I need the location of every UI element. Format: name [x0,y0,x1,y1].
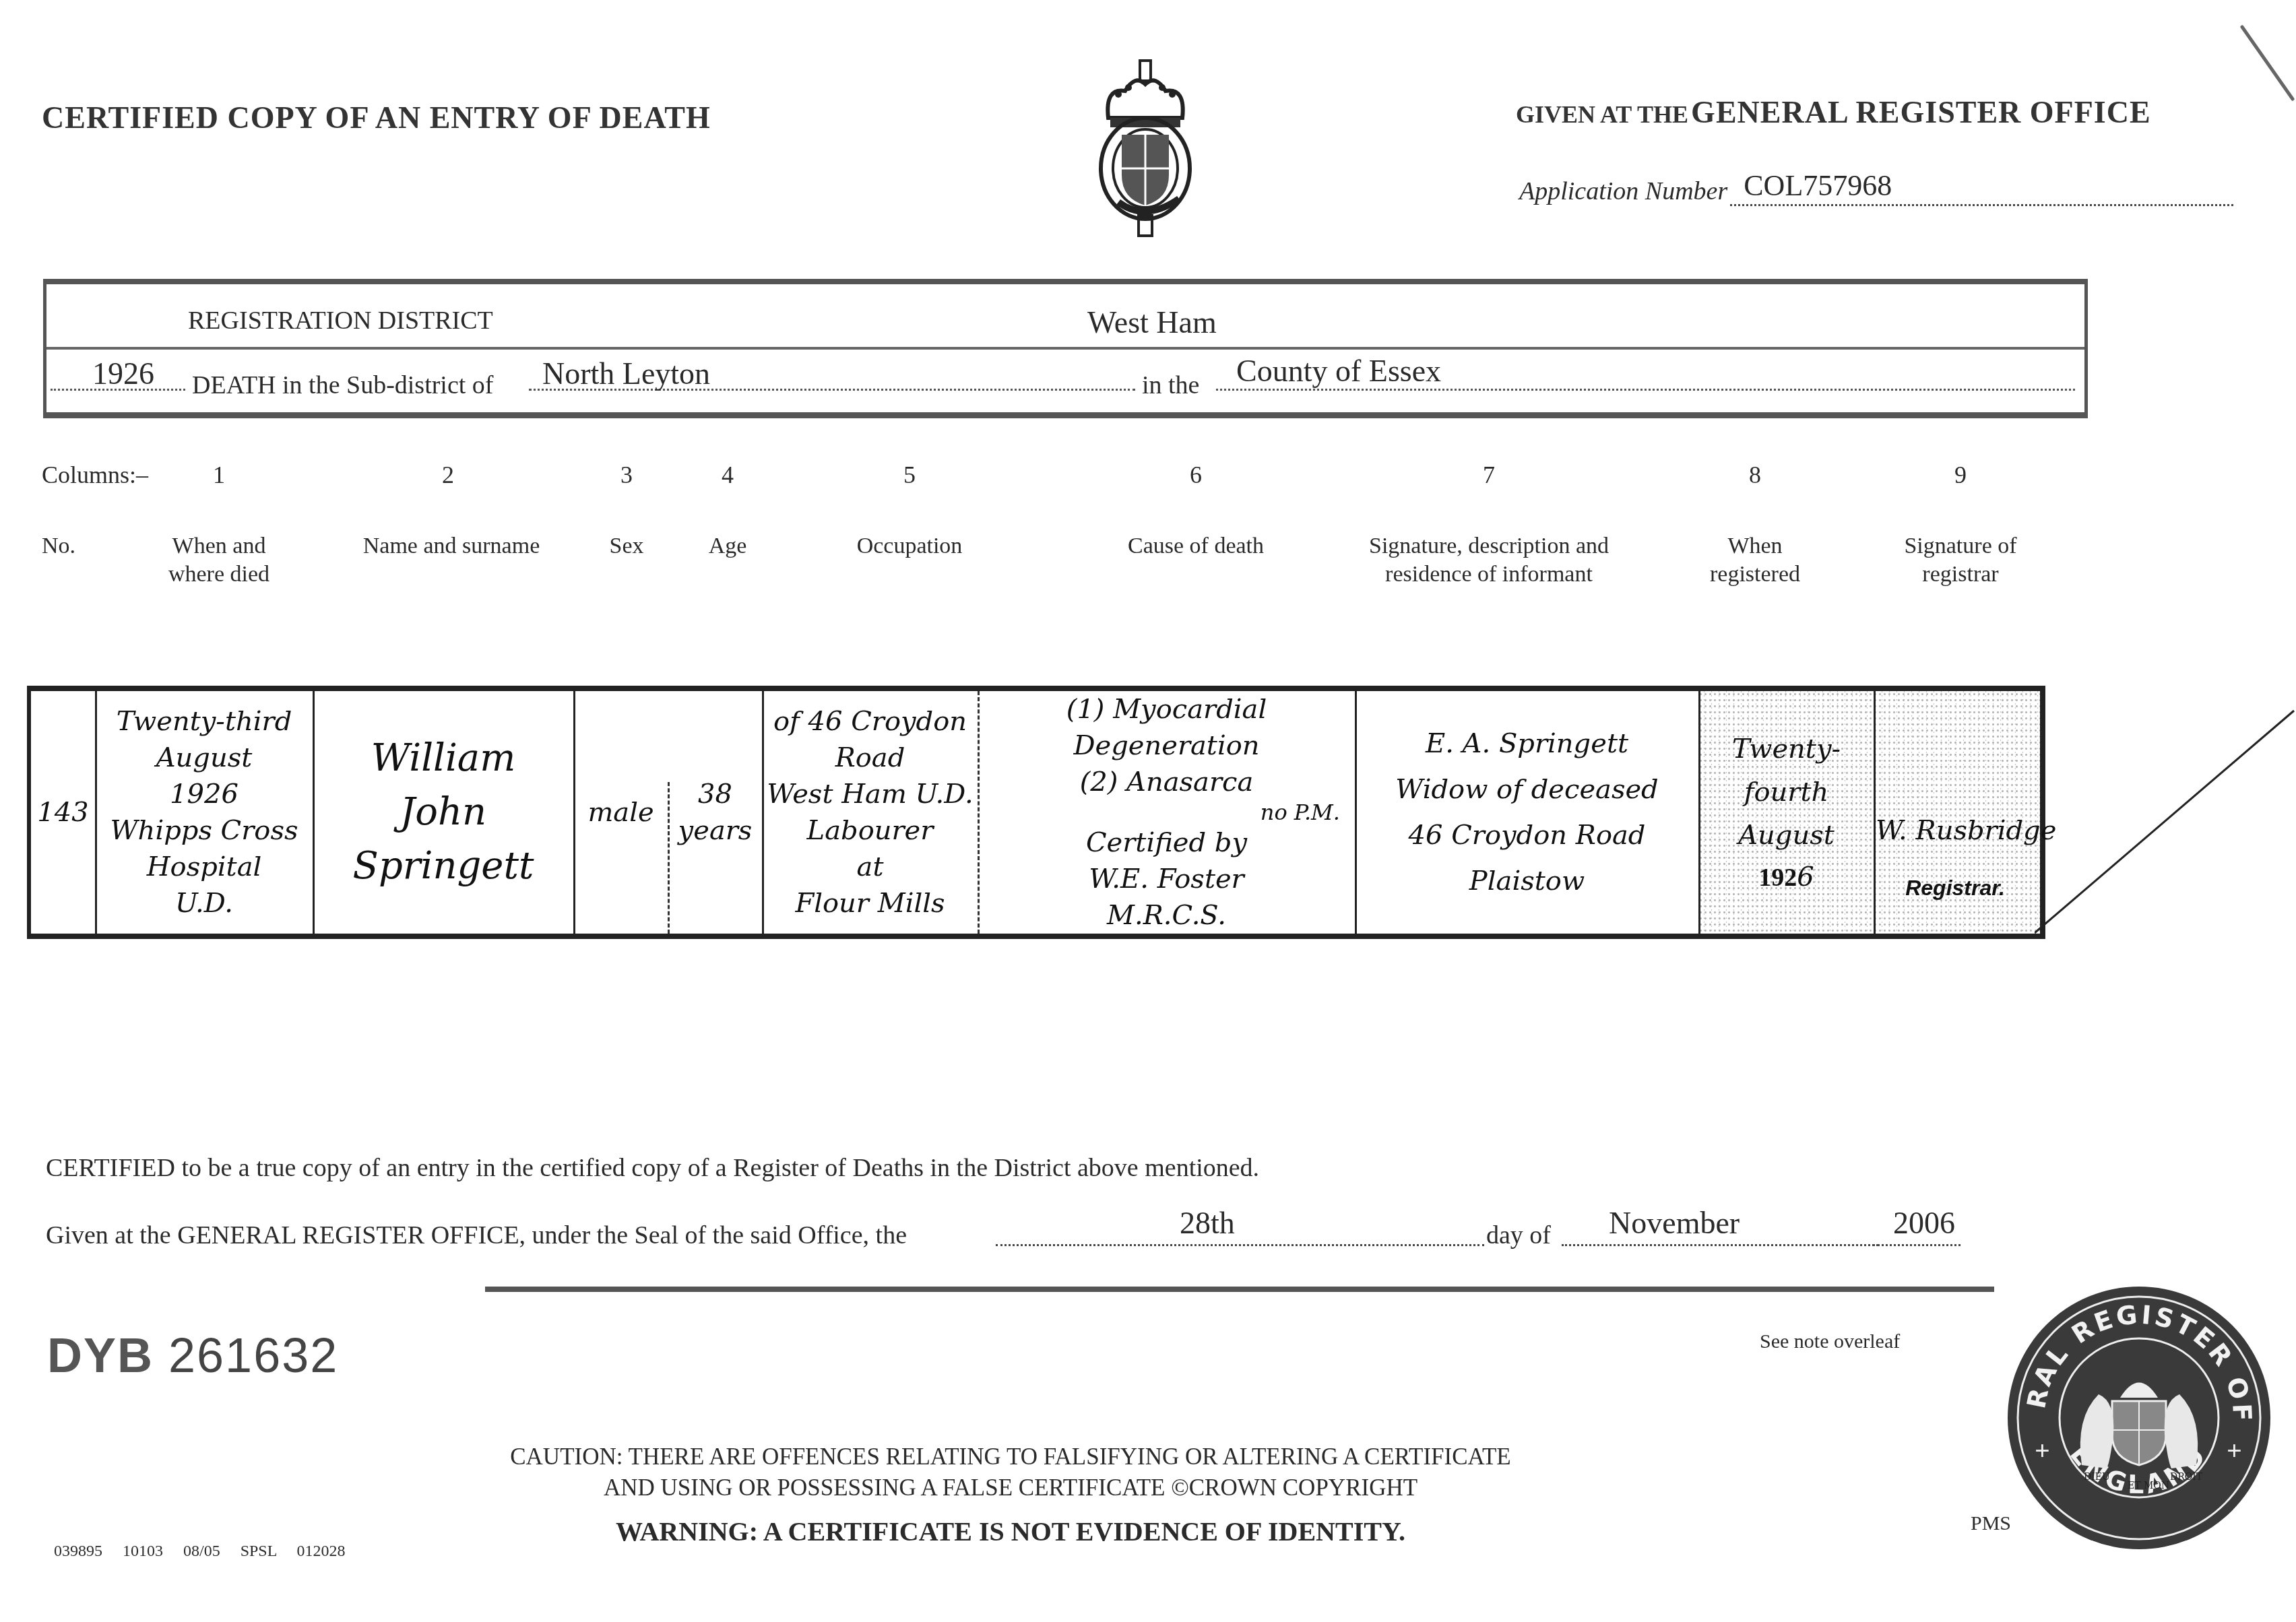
certificate-day: 28th [1180,1205,1235,1241]
column-number: 6 [1179,461,1213,489]
column-number: 2 [431,461,465,489]
caution-notice: CAUTION: THERE ARE OFFENCES RELATING TO … [404,1441,1617,1503]
column-number: 4 [711,461,744,489]
column-number: 1 [202,461,236,489]
day-of-label: day of [1486,1221,1551,1250]
when-where-died: Twenty-third August 1926 Whipps Cross Ho… [97,695,311,930]
application-number: COL757968 [1744,168,1892,203]
column-header-name: Name and surname [337,532,566,560]
column-header-informant: Signature, description and residence of … [1347,532,1630,589]
royal-crest-icon [1091,54,1199,242]
column-header-age: Age [694,532,761,560]
when-registered: Twenty- fourth August 1926 [1700,695,1872,930]
divider-rule [485,1287,1994,1292]
column-number: 7 [1472,461,1506,489]
table-row: 143 Twenty-third August 1926 Whipps Cros… [27,686,2045,939]
registration-district-box: REGISTRATION DISTRICT West Ham 1926 DEAT… [43,279,2088,418]
svg-text:+: + [2227,1435,2242,1466]
subdistrict-row: 1926 DEATH in the Sub-district of North … [51,352,2080,399]
office-name: GENERAL REGISTER OFFICE [1691,95,2150,129]
in-the-label: in the [1142,370,1199,400]
application-number-row: Application Number COL757968 [1519,176,2233,206]
occupation: of 46 Croydon Road West Ham U.D. Laboure… [764,695,976,930]
column-header-sex: Sex [593,532,660,560]
certificate-serial: DYB 261632 [47,1328,338,1384]
registrar-label: Registrar. [1876,876,2035,901]
certificate-year: 2006 [1893,1205,1955,1241]
column-header-registrar: Signature of registrar [1880,532,2041,589]
entry-number: 143 [31,695,95,930]
svg-text:+: + [2035,1435,2050,1466]
certified-statement: CERTIFIED to be a true copy of an entry … [46,1153,1259,1183]
diagonal-rule [2035,707,2296,940]
county: County of Essex [1236,353,1441,389]
sex: male [575,695,666,930]
gro-seal-icon: GENERAL REGISTER OFFICE ENGLAND + + DIEU… [2004,1283,2274,1553]
column-header-when-registered: When registered [1684,532,1826,589]
registrar-signature: W. Rusbridge Registrar. [1876,695,2035,930]
identity-warning: WARNING: A CERTIFICATE IS NOT EVIDENCE O… [404,1516,1617,1547]
column-number: 3 [610,461,643,489]
given-at-text: Given at the GENERAL REGISTER OFFICE, un… [46,1221,907,1250]
svg-text:ET MON: ET MON [2128,1481,2169,1491]
column-header-no: No. [42,532,75,560]
staple-mark-icon [2235,22,2296,102]
document-title: CERTIFIED COPY OF AN ENTRY OF DEATH [42,100,711,135]
columns-label: Columns:– [42,461,148,489]
see-note-overleaf: See note overleaf [1760,1330,1900,1353]
certificate-month: November [1609,1205,1740,1241]
subdistrict: North Leyton [542,356,710,391]
deceased-name: William John Springett [315,695,572,930]
registration-district-label: REGISTRATION DISTRICT [188,306,493,335]
office-heading: GIVEN AT THE GENERAL REGISTER OFFICE [1516,94,2151,130]
given-at-row: Given at the GENERAL REGISTER OFFICE, un… [46,1206,1966,1253]
death-year: 1926 [92,356,154,391]
svg-text:DROIT: DROIT [2170,1472,2203,1483]
registration-district: West Ham [1087,304,1217,340]
column-header-when-where-died: When and where died [152,532,286,589]
column-number: 9 [1944,461,1977,489]
informant: E. A. Springett Widow of deceased 46 Cro… [1357,695,1697,930]
printed-year: 192 [1758,864,1797,892]
age: 38 years [670,695,761,930]
svg-text:DIEU: DIEU [2084,1472,2110,1483]
application-number-label: Application Number [1519,176,1727,206]
column-number: 5 [893,461,926,489]
cause-of-death: (1) Myocardial Degeneration (2) Anasarca… [980,695,1353,930]
print-codes: 039895 10103 08/05 SPSL 012028 [54,1543,345,1561]
column-header-cause: Cause of death [1091,532,1300,560]
column-number: 8 [1738,461,1772,489]
subdistrict-label: DEATH in the Sub-district of [192,370,494,400]
column-header-occupation: Occupation [829,532,990,560]
